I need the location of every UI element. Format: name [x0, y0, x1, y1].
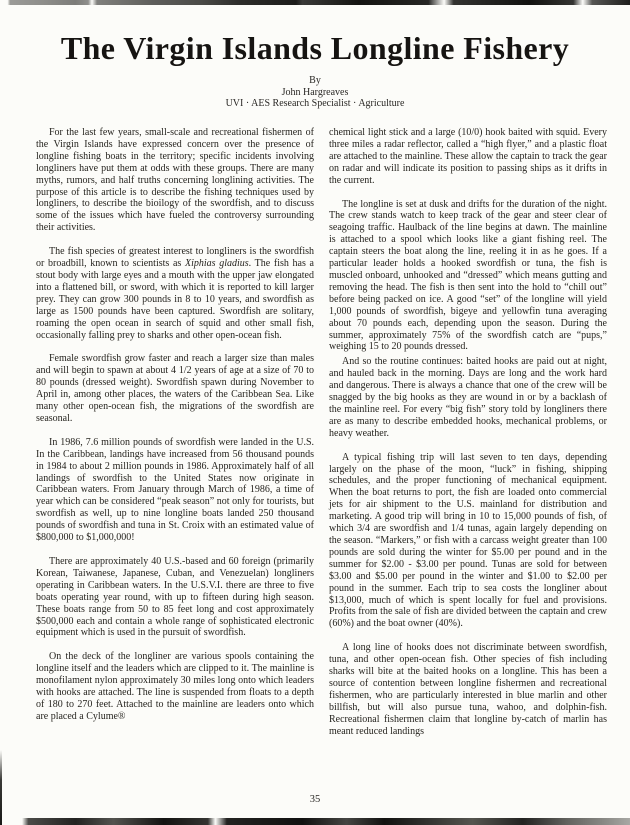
- paragraph: A long line of hooks does not discrimina…: [329, 642, 607, 737]
- left-column: For the last few years, small-scale and …: [36, 127, 314, 750]
- byline-author: John Hargreaves: [0, 87, 630, 99]
- byline: By John Hargreaves UVI · AES Research Sp…: [0, 75, 630, 110]
- paragraph: chemical light stick and a large (10/0) …: [329, 127, 607, 187]
- scan-artifact-bottom: [0, 818, 630, 825]
- page-title: The Virgin Islands Longline Fishery: [0, 30, 630, 66]
- scan-artifact-top: [0, 0, 630, 5]
- paragraph: On the deck of the longliner are various…: [36, 651, 314, 722]
- scan-artifact-left-edge: [0, 750, 2, 825]
- byline-by: By: [0, 75, 630, 87]
- paragraph: Female swordfish grow faster and reach a…: [36, 353, 314, 424]
- paragraph: There are approximately 40 U.S.-based an…: [36, 556, 314, 639]
- paragraph: In 1986, 7.6 million pounds of swordfish…: [36, 437, 314, 544]
- document-page: The Virgin Islands Longline Fishery By J…: [0, 0, 630, 825]
- article-header: The Virgin Islands Longline Fishery By J…: [0, 30, 630, 110]
- paragraph: And so the routine continues: baited hoo…: [329, 356, 607, 439]
- page-number: 35: [0, 794, 630, 805]
- byline-affiliation: UVI · AES Research Specialist · Agricult…: [0, 98, 630, 110]
- right-column: chemical light stick and a large (10/0) …: [329, 127, 607, 750]
- paragraph: The fish species of greatest interest to…: [36, 246, 314, 341]
- article-body: For the last few years, small-scale and …: [36, 127, 607, 750]
- paragraph: A typical fishing trip will last seven t…: [329, 452, 607, 631]
- paragraph: The longline is set at dusk and drifts f…: [329, 199, 607, 354]
- paragraph: For the last few years, small-scale and …: [36, 127, 314, 234]
